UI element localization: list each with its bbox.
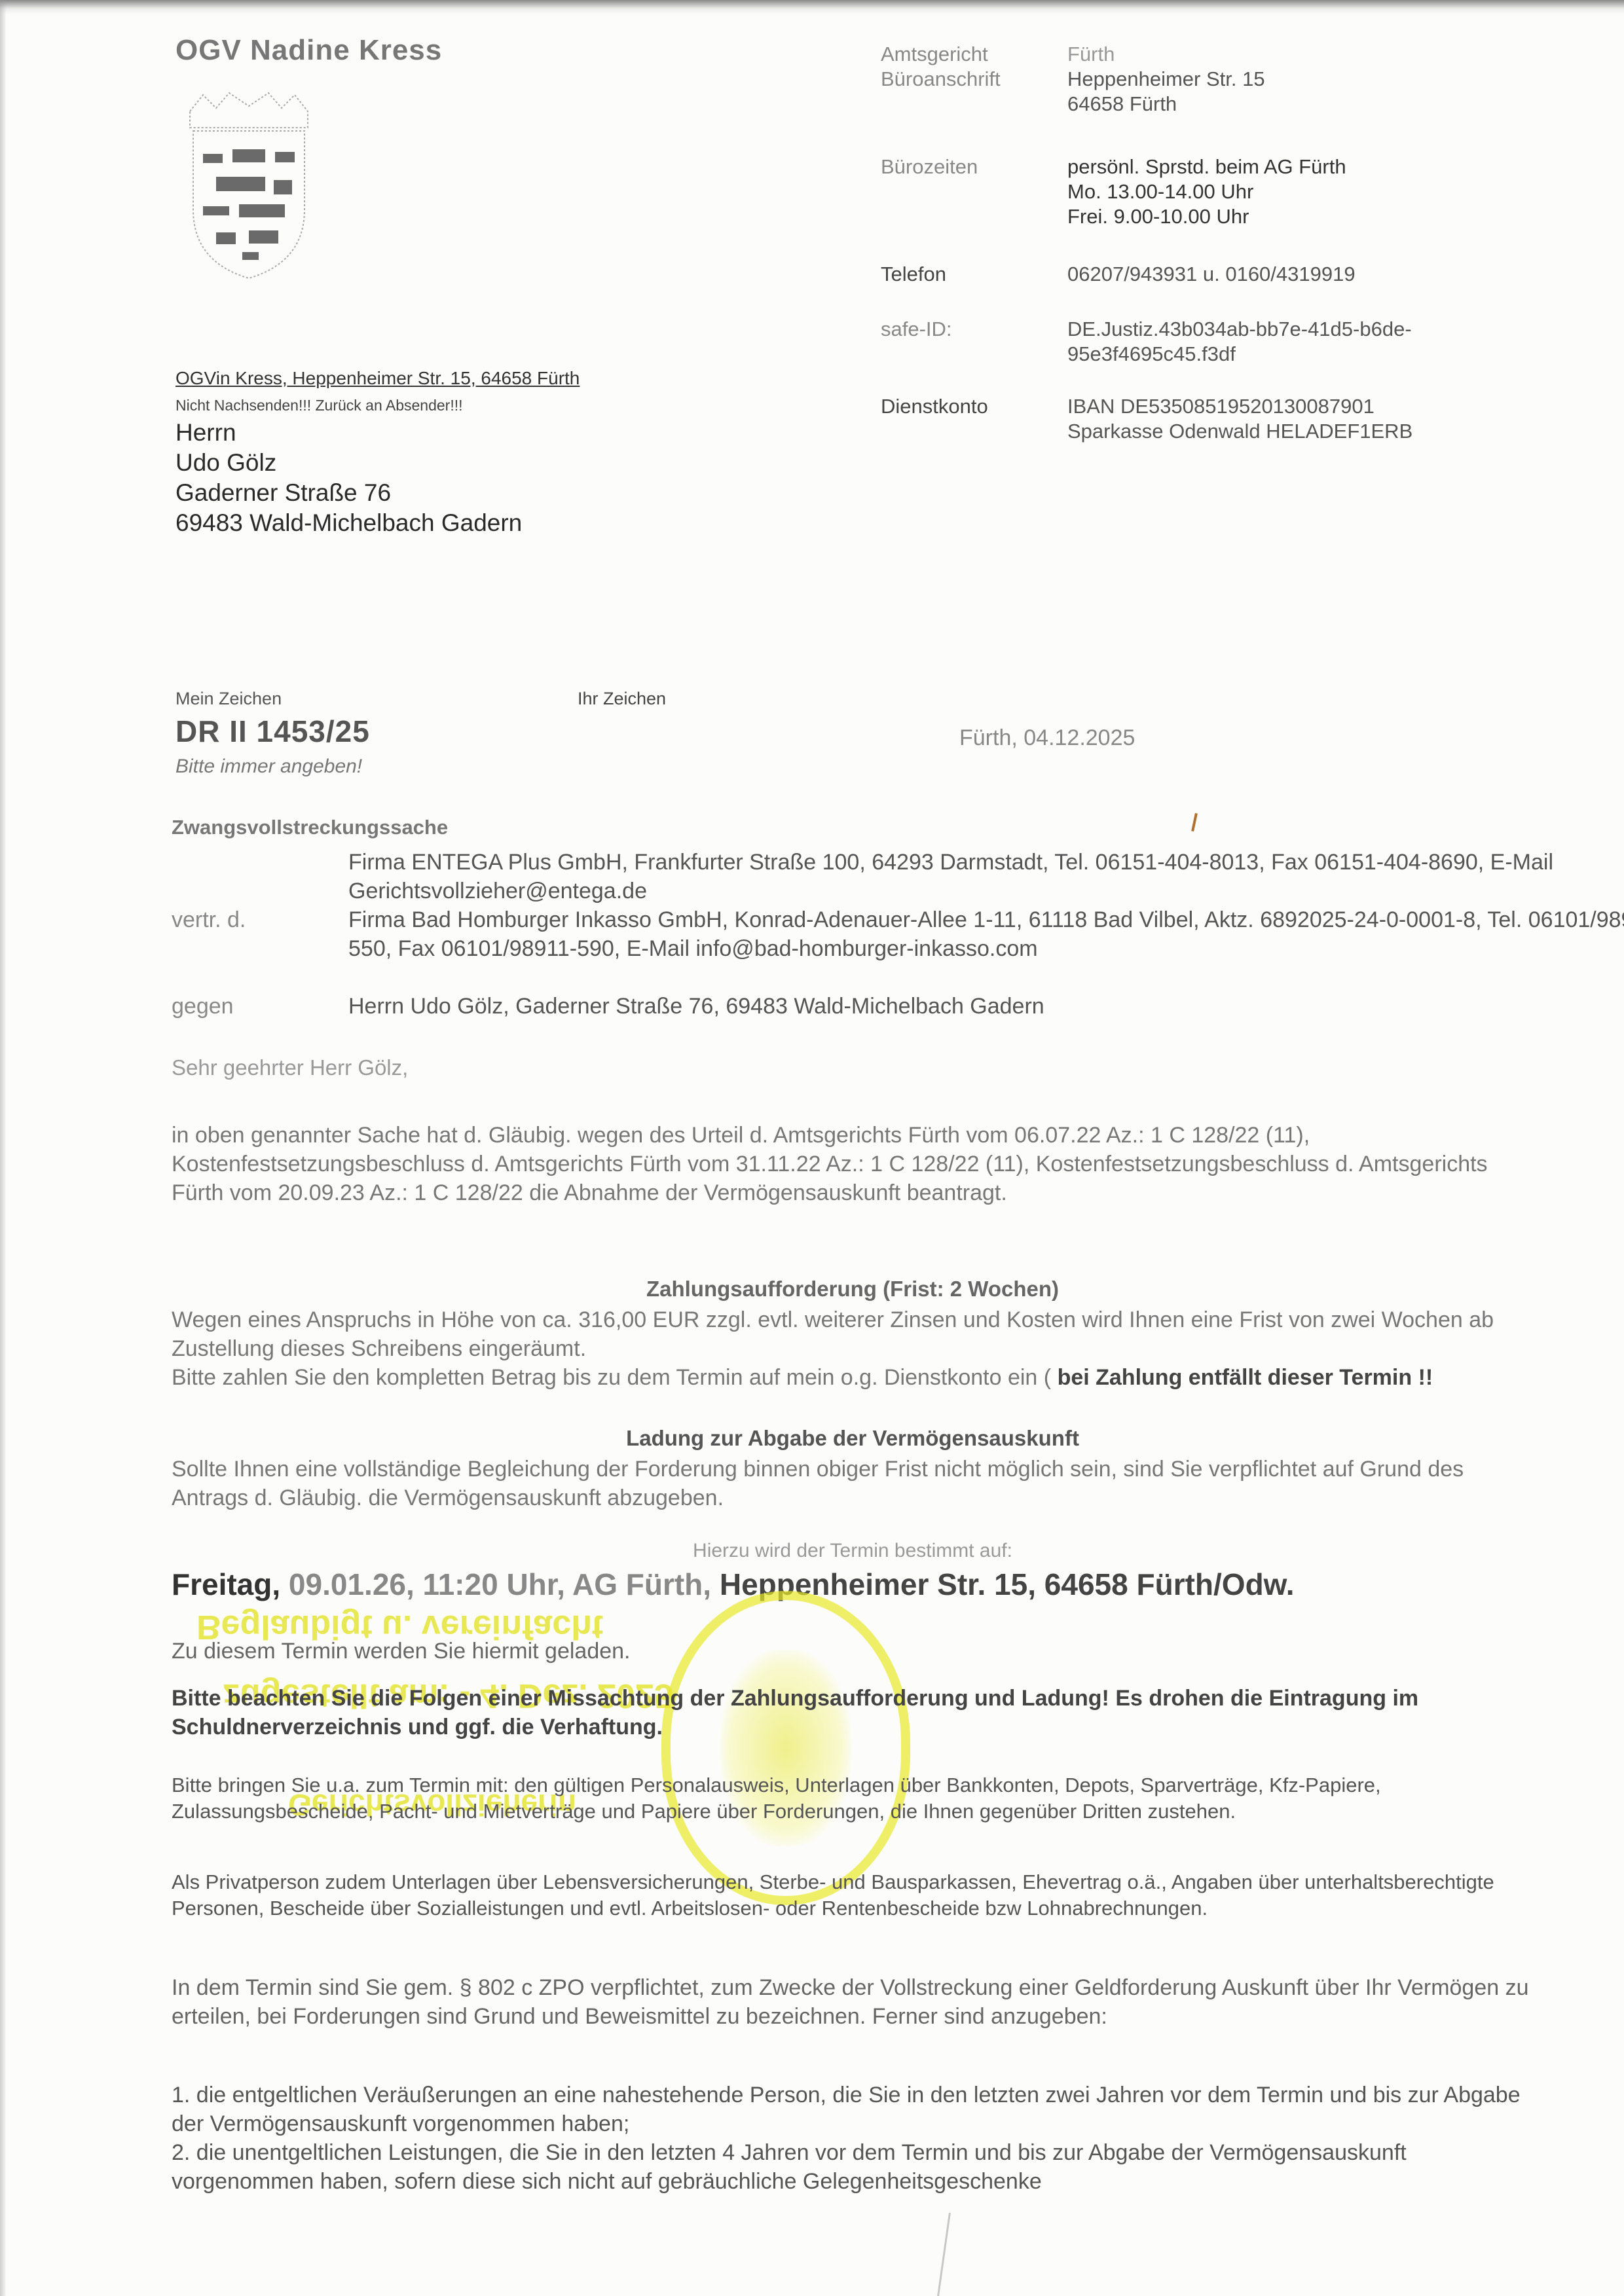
recipient-line: Herrn (175, 418, 522, 448)
info-value: Fürth (1067, 41, 1115, 67)
case-row-label: vertr. d. (172, 905, 348, 934)
no-forward-notice: Nicht Nachsenden!!! Zurück an Absender!!… (175, 397, 463, 414)
info-label: Dienstkonto (881, 393, 1071, 420)
info-label: safe-ID: (881, 316, 1071, 342)
appointment-line: Freitag, 09.01.26, 11:20 Uhr, AG Fürth, … (172, 1567, 1295, 1602)
scan-edge-shadow (0, 0, 1624, 14)
payment-request: Bitte zahlen Sie den kompletten Betrag b… (172, 1363, 1534, 1392)
salutation: Sehr geehrter Herr Gölz, (172, 1055, 408, 1080)
return-address-line: OGVin Kress, Heppenheimer Str. 15, 64658… (175, 368, 580, 389)
disclosure-list: 1. die entgeltlichen Veräußerungen an ei… (172, 2081, 1534, 2196)
scanned-letter-page: OGV Nadine Kress Amtsgericht Fürth Büroa… (0, 0, 1624, 2296)
info-value: Sparkasse Odenwald HELADEF1ERB (1067, 418, 1412, 445)
summons-heading: Ladung zur Abgabe der Vermögensauskunft (172, 1426, 1534, 1451)
payment-paragraph: Wegen eines Anspruchs in Höhe von ca. 31… (172, 1305, 1534, 1363)
info-value: Frei. 9.00-10.00 Uhr (1067, 203, 1249, 230)
appointment-day: Freitag, (172, 1567, 280, 1601)
reference-hint: Bitte immer angeben! (175, 756, 362, 778)
info-label: Büroanschrift (881, 65, 1071, 92)
warning-paragraph: Bitte beachten Sie die Folgen einer Miss… (172, 1684, 1534, 1741)
case-row-text: Firma Bad Homburger Inkasso GmbH, Konrad… (348, 905, 1624, 963)
case-title: Zwangsvollstreckungssache (172, 816, 448, 839)
appointment-intro: Hierzu wird der Termin bestimmt auf: (172, 1540, 1534, 1562)
payment-heading: Zahlungsaufforderung (Frist: 2 Wochen) (172, 1277, 1534, 1302)
info-value: Heppenheimer Str. 15 (1067, 65, 1265, 92)
recipient-line: 69483 Wald-Michelbach Gadern (175, 508, 522, 538)
bring-documents-paragraph: Bitte bringen Sie u.a. zum Termin mit: d… (172, 1772, 1534, 1825)
info-label: Amtsgericht (881, 41, 1071, 67)
info-value: 06207/943931 u. 0160/4319919 (1067, 261, 1356, 287)
info-value: 64658 Fürth (1067, 90, 1177, 117)
info-value: 95e3f4695c45.f3df (1067, 340, 1236, 367)
info-value: DE.Justiz.43b034ab-bb7e-41d5-b6de- (1067, 316, 1412, 342)
summons-paragraph: Sollte Ihnen eine vollständige Begleichu… (172, 1455, 1534, 1512)
intro-paragraph: in oben genannter Sache hat d. Gläubig. … (172, 1121, 1534, 1207)
info-label: Telefon (881, 261, 1071, 287)
appointment-datetime: 09.01.26, 11:20 Uhr, AG Fürth, (280, 1567, 711, 1601)
my-reference-label: Mein Zeichen (175, 689, 282, 709)
case-reference-number: DR II 1453/25 (175, 714, 370, 749)
sender-name: OGV Nadine Kress (175, 34, 442, 67)
zpo-paragraph: In dem Termin sind Sie gem. § 802 c ZPO … (172, 1973, 1534, 2031)
info-value: persönl. Sprstd. beim AG Fürth (1067, 153, 1346, 180)
info-label: Bürozeiten (881, 153, 1071, 180)
case-row-label: gegen (172, 992, 348, 1021)
scan-edge-shadow-left (0, 0, 7, 2296)
info-value: Mo. 13.00-14.00 Uhr (1067, 178, 1253, 205)
info-value: IBAN DE53508519520130087901 (1067, 393, 1375, 420)
private-documents-paragraph: Als Privatperson zudem Unterlagen über L… (172, 1869, 1534, 1922)
recipient-line: Udo Gölz (175, 448, 522, 478)
payment-request-bold: bei Zahlung entfällt dieser Termin !! (1058, 1365, 1433, 1390)
case-row-text: Herrn Udo Gölz, Gaderner Straße 76, 6948… (348, 992, 1624, 1021)
hessen-coat-of-arms-icon (177, 92, 321, 282)
your-reference-label: Ihr Zeichen (578, 689, 666, 709)
summons-notice: Zu diesem Termin werden Sie hiermit gela… (172, 1637, 1534, 1666)
case-row-text: Firma ENTEGA Plus GmbH, Frankfurter Stra… (348, 848, 1624, 905)
letter-date: Fürth, 04.12.2025 (959, 725, 1135, 751)
recipient-line: Gaderner Straße 76 (175, 478, 522, 508)
list-item: 1. die entgeltlichen Veräußerungen an ei… (172, 2081, 1534, 2138)
recipient-address: Herrn Udo Gölz Gaderner Straße 76 69483 … (175, 418, 522, 538)
list-item: 2. die unentgeltlichen Leistungen, die S… (172, 2138, 1534, 2196)
pen-mark (1191, 813, 1198, 831)
payment-request-text: Bitte zahlen Sie den kompletten Betrag b… (172, 1365, 1051, 1390)
paper-crease (937, 2213, 975, 2296)
